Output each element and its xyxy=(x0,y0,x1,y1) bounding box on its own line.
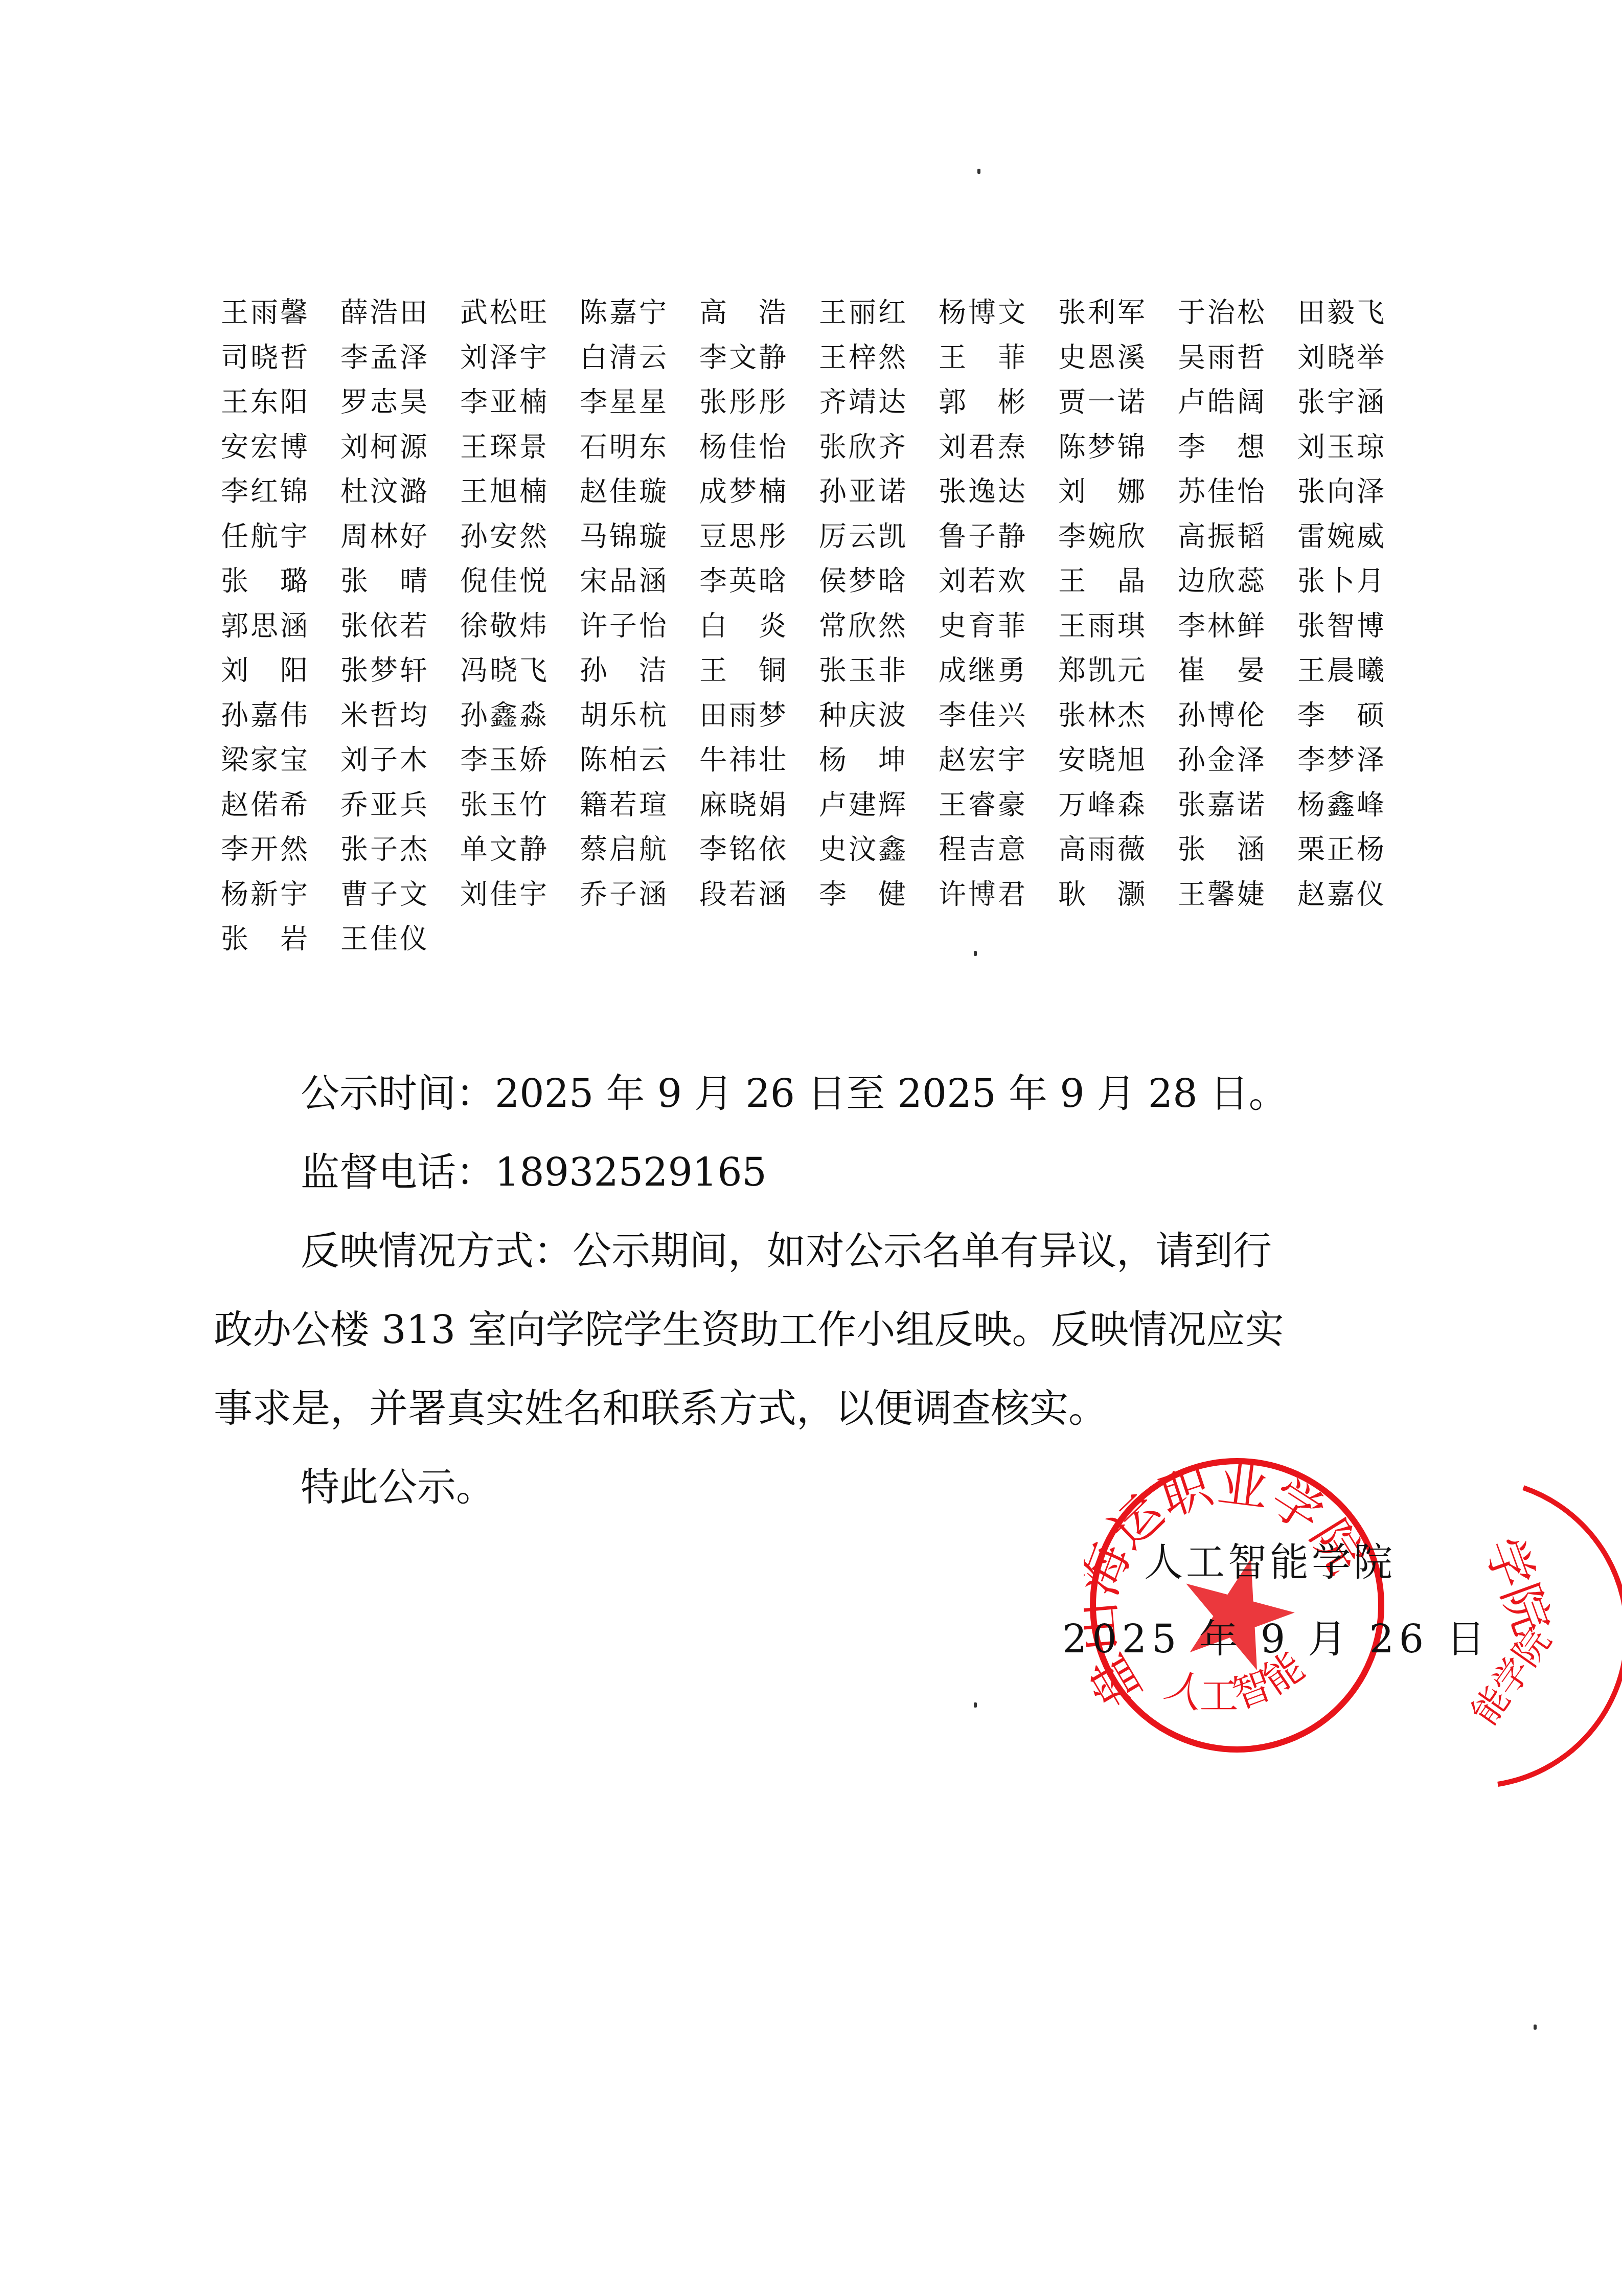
name-char: 晴 xyxy=(400,559,427,604)
name-entry: 许博君 xyxy=(939,872,1025,917)
name-char: 宏 xyxy=(250,425,278,470)
name-char: 张 xyxy=(1178,827,1205,872)
name-char: 育 xyxy=(968,604,996,649)
name-char: 欣 xyxy=(1207,559,1235,604)
name-char: 梦 xyxy=(759,693,786,738)
name-char: 宏 xyxy=(968,738,996,783)
name-char: 泽 xyxy=(1357,738,1384,783)
name-char: 徐 xyxy=(460,604,488,649)
name-char: 星 xyxy=(609,380,637,425)
name-char: 郭 xyxy=(939,380,966,425)
name-char: 铜 xyxy=(759,648,786,693)
name-char: 博 xyxy=(1357,604,1384,649)
name-entry: 米哲均 xyxy=(340,693,427,738)
name-char: 佳 xyxy=(1207,469,1235,514)
name-char: 梦 xyxy=(849,559,876,604)
name-char: 哲 xyxy=(1237,335,1265,380)
name-entry: 王睿豪 xyxy=(939,783,1025,828)
name-char: 孙 xyxy=(1178,693,1205,738)
name-entry: 安宏博 xyxy=(221,425,308,470)
name-char: 彤 xyxy=(729,380,757,425)
name-char: 锦 xyxy=(1117,425,1145,470)
name-char: 玉 xyxy=(490,783,517,828)
name-char: 晓 xyxy=(729,783,757,828)
name-char: 旺 xyxy=(519,290,547,335)
name-char: 耿 xyxy=(1058,872,1086,917)
name-char: 竹 xyxy=(519,783,547,828)
name-char: 雨 xyxy=(1207,335,1235,380)
scan-speck xyxy=(1534,2025,1537,2030)
name-char: 君 xyxy=(998,872,1025,917)
name-char: 涵 xyxy=(1237,827,1265,872)
name-char: 鑫 xyxy=(878,827,906,872)
name-char: 子 xyxy=(609,872,637,917)
name-char: 王 xyxy=(460,425,488,470)
name-entry: 籍若瑄 xyxy=(580,783,667,828)
name-char: 亚 xyxy=(849,469,876,514)
name-char: 诺 xyxy=(1117,380,1145,425)
name-char: 安 xyxy=(490,514,517,559)
name-entry: 高浩 xyxy=(699,290,786,335)
name-char: 张 xyxy=(819,425,847,470)
name-char: 子 xyxy=(968,514,996,559)
name-char: 武 xyxy=(460,290,488,335)
name-char: 文 xyxy=(998,290,1025,335)
name-entry: 王雨馨 xyxy=(221,290,308,335)
name-char: 涵 xyxy=(639,872,667,917)
name-entry: 麻晓娟 xyxy=(699,783,786,828)
name-char: 希 xyxy=(280,783,308,828)
name-char: 壮 xyxy=(759,738,786,783)
name-char: 嘉 xyxy=(609,290,637,335)
name-char: 子 xyxy=(609,604,637,649)
name-char: 杨 xyxy=(939,290,966,335)
name-entry: 乔子涵 xyxy=(580,872,667,917)
name-entry: 任航宇 xyxy=(221,514,308,559)
name-char: 思 xyxy=(250,604,278,649)
name-char: 栗 xyxy=(1297,827,1325,872)
name-char: 凯 xyxy=(1088,648,1115,693)
name-char: 晓 xyxy=(1327,335,1355,380)
name-char: 王 xyxy=(699,648,727,693)
name-char: 陈 xyxy=(580,738,607,783)
name-entry: 王旭楠 xyxy=(460,469,547,514)
name-entry: 万峰森 xyxy=(1058,783,1145,828)
name-entry: 崔晏 xyxy=(1178,648,1265,693)
name-char: 刘 xyxy=(1297,335,1325,380)
name-entry: 史恩溪 xyxy=(1058,335,1145,380)
name-char: 宇 xyxy=(519,335,547,380)
name-char: 周 xyxy=(340,514,368,559)
name-entry: 王雨琪 xyxy=(1058,604,1145,649)
name-char: 杨 xyxy=(1357,827,1384,872)
name-char: 张 xyxy=(221,917,248,962)
name-char: 启 xyxy=(609,827,637,872)
name-char: 籍 xyxy=(580,783,607,828)
name-char: 崔 xyxy=(1178,648,1205,693)
name-char: 诺 xyxy=(878,469,906,514)
name-char: 高 xyxy=(1178,514,1205,559)
name-char: 史 xyxy=(1058,335,1086,380)
name-entry: 石明东 xyxy=(580,425,667,470)
name-char: 新 xyxy=(250,872,278,917)
name-char: 曹 xyxy=(340,872,368,917)
name-entry: 孙嘉伟 xyxy=(221,693,308,738)
name-char: 刘 xyxy=(340,425,368,470)
name-char: 王 xyxy=(1058,604,1086,649)
name-entry: 李梦泽 xyxy=(1297,738,1384,783)
name-entry: 薛浩田 xyxy=(340,290,427,335)
name-char: 璐 xyxy=(280,559,308,604)
name-char: 嘉 xyxy=(1327,872,1355,917)
name-char: 佳 xyxy=(609,469,637,514)
name-char: 宁 xyxy=(639,290,667,335)
name-char: 林 xyxy=(370,514,398,559)
scan-speck xyxy=(974,1702,977,1708)
name-char: 牛 xyxy=(699,738,727,783)
name-entry: 孙鑫淼 xyxy=(460,693,547,738)
name-char: 李 xyxy=(340,335,368,380)
name-char: 李 xyxy=(939,693,966,738)
name-entry: 郭彬 xyxy=(939,380,1025,425)
name-char: 胡 xyxy=(580,693,607,738)
name-char: 楠 xyxy=(759,469,786,514)
name-char: 昊 xyxy=(400,380,427,425)
name-char: 岩 xyxy=(280,917,308,962)
name-char: 焘 xyxy=(998,425,1025,470)
name-entry: 王梓然 xyxy=(819,335,906,380)
name-entry: 史育菲 xyxy=(939,604,1025,649)
name-entry: 齐靖达 xyxy=(819,380,906,425)
name-char: 坤 xyxy=(878,738,906,783)
name-char: 边 xyxy=(1178,559,1205,604)
name-entry: 田雨梦 xyxy=(699,693,786,738)
name-entry: 李健 xyxy=(819,872,906,917)
name-char: 孙 xyxy=(1178,738,1205,783)
name-char: 宇 xyxy=(280,514,308,559)
name-char: 李 xyxy=(460,380,488,425)
signature-date: 2025 年 9 月 26 日 xyxy=(1062,1608,1490,1664)
name-char: 王 xyxy=(939,783,966,828)
name-char: 宋 xyxy=(580,559,607,604)
name-char: 航 xyxy=(639,827,667,872)
name-entry: 倪佳悦 xyxy=(460,559,547,604)
name-char: 泽 xyxy=(1237,738,1265,783)
feedback-paragraph: 反映情况方式：公示期间，如对公示名单有异议，请到行 政办公楼 313 室向学院学… xyxy=(214,1212,1405,1448)
name-entry: 李英晗 xyxy=(699,559,786,604)
name-entry: 张梦轩 xyxy=(340,648,427,693)
name-char: 若 xyxy=(400,604,427,649)
name-char: 楠 xyxy=(519,380,547,425)
name-char: 森 xyxy=(1117,783,1145,828)
name-entry: 张依若 xyxy=(340,604,427,649)
announcement-period: 公示时间：2025 年 9 月 26 日至 2025 年 9 月 28 日。 xyxy=(214,1054,1405,1133)
name-char: 若 xyxy=(729,872,757,917)
name-char: 依 xyxy=(759,827,786,872)
name-char: 菲 xyxy=(998,604,1025,649)
name-char: 杰 xyxy=(1117,693,1145,738)
name-char: 玉 xyxy=(490,738,517,783)
name-entry: 刘若欢 xyxy=(939,559,1025,604)
name-entry: 常欣然 xyxy=(819,604,906,649)
name-char: 凯 xyxy=(878,514,906,559)
name-char: 刘 xyxy=(340,738,368,783)
name-char: 齐 xyxy=(819,380,847,425)
name-entry: 武松旺 xyxy=(460,290,547,335)
name-char: 红 xyxy=(878,290,906,335)
name-entry: 许子怡 xyxy=(580,604,667,649)
name-char: 兵 xyxy=(400,783,427,828)
name-char: 高 xyxy=(699,290,727,335)
name-char: 皓 xyxy=(1207,380,1235,425)
name-char: 晓 xyxy=(490,648,517,693)
name-entry: 安晓旭 xyxy=(1058,738,1145,783)
name-entry: 张卜月 xyxy=(1297,559,1384,604)
name-char: 王 xyxy=(340,917,368,962)
name-char: 祎 xyxy=(729,738,757,783)
name-char: 任 xyxy=(221,514,248,559)
name-entry: 张子杰 xyxy=(340,827,427,872)
name-entry: 孙亚诺 xyxy=(819,469,906,514)
name-char: 轩 xyxy=(400,648,427,693)
name-entry: 程吉意 xyxy=(939,827,1025,872)
name-entry: 李文静 xyxy=(699,335,786,380)
name-char: 罗 xyxy=(340,380,368,425)
name-char: 灏 xyxy=(1117,872,1145,917)
name-entry: 胡乐杭 xyxy=(580,693,667,738)
name-char: 娟 xyxy=(759,783,786,828)
name-char: 阳 xyxy=(280,648,308,693)
name-char: 麻 xyxy=(699,783,727,828)
name-char: 兴 xyxy=(998,693,1025,738)
name-char: 威 xyxy=(1357,514,1384,559)
name-char: 雷 xyxy=(1297,514,1325,559)
name-entry: 李婉欣 xyxy=(1058,514,1145,559)
name-entry: 杨佳怡 xyxy=(699,425,786,470)
name-char: 馨 xyxy=(280,290,308,335)
name-entry: 刘晓举 xyxy=(1297,335,1384,380)
name-char: 静 xyxy=(759,335,786,380)
name-char: 李 xyxy=(221,469,248,514)
name-char: 晓 xyxy=(1088,738,1115,783)
name-char: 怡 xyxy=(639,604,667,649)
name-char: 杰 xyxy=(400,827,427,872)
name-char: 博 xyxy=(1207,693,1235,738)
name-char: 孙 xyxy=(580,648,607,693)
name-char: 博 xyxy=(968,872,996,917)
name-char: 宇 xyxy=(280,872,308,917)
name-char: 逸 xyxy=(968,469,996,514)
name-char: 炜 xyxy=(519,604,547,649)
name-char: 勇 xyxy=(998,648,1025,693)
name-char: 璇 xyxy=(639,469,667,514)
name-char: 玉 xyxy=(1327,425,1355,470)
name-char: 静 xyxy=(998,514,1025,559)
supervision-phone: 监督电话：18932529165 xyxy=(214,1133,1405,1212)
name-char: 然 xyxy=(878,604,906,649)
name-entry: 赵偌希 xyxy=(221,783,308,828)
name-char: 文 xyxy=(729,335,757,380)
name-char: 王 xyxy=(221,290,248,335)
name-char: 玉 xyxy=(849,648,876,693)
name-char: 硕 xyxy=(1357,693,1384,738)
name-char: 悦 xyxy=(519,559,547,604)
name-char: 汶 xyxy=(370,469,398,514)
name-char: 段 xyxy=(699,872,727,917)
name-char: 李 xyxy=(1297,693,1325,738)
name-char: 宇 xyxy=(1327,380,1355,425)
name-char: 刘 xyxy=(939,425,966,470)
name-char: 许 xyxy=(939,872,966,917)
name-char: 佳 xyxy=(968,693,996,738)
name-entry: 张林杰 xyxy=(1058,693,1145,738)
name-char: 司 xyxy=(221,335,248,380)
name-entry: 孙博伦 xyxy=(1178,693,1265,738)
name-char: 单 xyxy=(460,827,488,872)
name-char: 张 xyxy=(340,827,368,872)
name-char: 怡 xyxy=(1237,469,1265,514)
name-char: 建 xyxy=(849,783,876,828)
name-char: 张 xyxy=(1297,604,1325,649)
name-entry: 郭思涵 xyxy=(221,604,308,649)
name-char: 蔡 xyxy=(580,827,607,872)
name-char: 娜 xyxy=(1117,469,1145,514)
name-char: 举 xyxy=(1357,335,1384,380)
name-char: 航 xyxy=(250,514,278,559)
name-entry: 杨坤 xyxy=(819,738,906,783)
name-char: 欢 xyxy=(998,559,1025,604)
name-char: 若 xyxy=(968,559,996,604)
name-char: 文 xyxy=(400,872,427,917)
name-entry: 陈柏云 xyxy=(580,738,667,783)
name-char: 李 xyxy=(460,738,488,783)
name-char: 王 xyxy=(1058,559,1086,604)
name-entry: 张利军 xyxy=(1058,290,1145,335)
name-char: 乔 xyxy=(340,783,368,828)
name-char: 婕 xyxy=(1237,872,1265,917)
name-char: 梦 xyxy=(729,469,757,514)
name-entry: 成梦楠 xyxy=(699,469,786,514)
name-entry: 李佳兴 xyxy=(939,693,1025,738)
name-char: 刘 xyxy=(1297,425,1325,470)
name-entry: 孙安然 xyxy=(460,514,547,559)
name-entry: 王铜 xyxy=(699,648,786,693)
name-char: 李 xyxy=(1178,425,1205,470)
name-char: 张 xyxy=(1058,693,1086,738)
name-char: 锦 xyxy=(609,514,637,559)
name-char: 晶 xyxy=(1117,559,1145,604)
name-char: 郭 xyxy=(221,604,248,649)
name-char: 梁 xyxy=(221,738,248,783)
name-entry: 李硕 xyxy=(1297,693,1384,738)
name-entry: 杨博文 xyxy=(939,290,1025,335)
name-entry: 李孟泽 xyxy=(340,335,427,380)
name-char: 然 xyxy=(280,827,308,872)
name-char: 博 xyxy=(968,290,996,335)
name-char: 赵 xyxy=(221,783,248,828)
name-entry: 刘玉琼 xyxy=(1297,425,1384,470)
name-char: 彬 xyxy=(998,380,1025,425)
name-char: 佳 xyxy=(729,425,757,470)
name-char: 田 xyxy=(699,693,727,738)
name-entry: 马锦璇 xyxy=(580,514,667,559)
name-char: 欣 xyxy=(1117,514,1145,559)
name-char: 飞 xyxy=(519,648,547,693)
name-char: 伦 xyxy=(1237,693,1265,738)
name-entry: 刘柯源 xyxy=(340,425,427,470)
name-entry: 张璐 xyxy=(221,559,308,604)
name-char: 娇 xyxy=(519,738,547,783)
name-entry: 冯晓飞 xyxy=(460,648,547,693)
name-entry: 李铭依 xyxy=(699,827,786,872)
name-char: 治 xyxy=(1207,290,1235,335)
name-entry: 杨新宇 xyxy=(221,872,308,917)
name-char: 宇 xyxy=(998,738,1025,783)
name-char: 琪 xyxy=(1117,604,1145,649)
name-char: 英 xyxy=(729,559,757,604)
name-char: 李 xyxy=(221,827,248,872)
name-char: 敬 xyxy=(490,604,517,649)
name-char: 石 xyxy=(580,425,607,470)
name-entry: 李亚楠 xyxy=(460,380,547,425)
feedback-line-2: 政办公楼 313 室向学院学生资助工作小组反映。反映情况应实 xyxy=(214,1290,1405,1369)
name-char: 柏 xyxy=(609,738,637,783)
name-entry: 赵佳璇 xyxy=(580,469,667,514)
name-char: 振 xyxy=(1207,514,1235,559)
feedback-line-3: 事求是，并署真实姓名和联系方式，以便调查核实。 xyxy=(214,1369,1405,1448)
name-char: 军 xyxy=(1117,290,1145,335)
name-char: 王 xyxy=(1297,648,1325,693)
feedback-line-1: 反映情况方式：公示期间，如对公示名单有异议，请到行 xyxy=(214,1212,1405,1290)
name-entry: 张智博 xyxy=(1297,604,1384,649)
name-char: 张 xyxy=(340,559,368,604)
name-entry: 梁家宝 xyxy=(221,738,308,783)
name-char: 卢 xyxy=(819,783,847,828)
name-char: 开 xyxy=(250,827,278,872)
name-char: 达 xyxy=(878,380,906,425)
name-char: 种 xyxy=(819,693,847,738)
name-char: 刘 xyxy=(460,335,488,380)
name-char: 智 xyxy=(1327,604,1355,649)
name-entry: 苏佳怡 xyxy=(1178,469,1265,514)
name-char: 楠 xyxy=(519,469,547,514)
name-char: 欣 xyxy=(849,425,876,470)
name-char: 李 xyxy=(1297,738,1325,783)
name-char: 欣 xyxy=(849,604,876,649)
name-char: 田 xyxy=(400,290,427,335)
name-char: 鲜 xyxy=(1237,604,1265,649)
name-char: 潞 xyxy=(400,469,427,514)
name-entry: 王东阳 xyxy=(221,380,308,425)
name-char: 吉 xyxy=(968,827,996,872)
name-char: 柯 xyxy=(370,425,398,470)
name-entry: 杜汶潞 xyxy=(340,469,427,514)
name-char: 婉 xyxy=(1327,514,1355,559)
name-char: 张 xyxy=(939,469,966,514)
name-char: 云 xyxy=(639,335,667,380)
name-char: 晗 xyxy=(878,559,906,604)
name-char: 旭 xyxy=(490,469,517,514)
name-char: 诺 xyxy=(1237,783,1265,828)
name-char: 蕊 xyxy=(1237,559,1265,604)
name-entry: 罗志昊 xyxy=(340,380,427,425)
name-char: 佳 xyxy=(370,917,398,962)
name-char: 孙 xyxy=(460,693,488,738)
name-char: 梓 xyxy=(849,335,876,380)
name-char: 雨 xyxy=(729,693,757,738)
name-char: 波 xyxy=(878,693,906,738)
name-char: 泽 xyxy=(490,335,517,380)
